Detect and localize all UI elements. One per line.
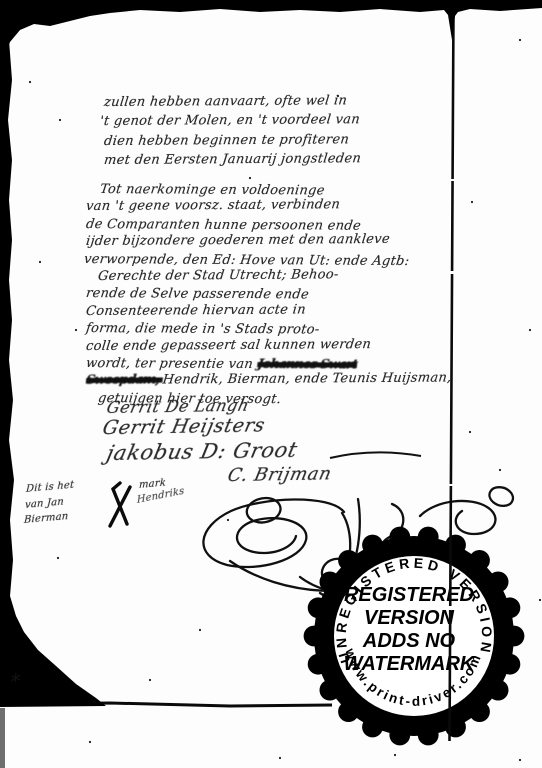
stamp-center-line: ADDS NO bbox=[362, 630, 456, 652]
stamp-center-line: WATERMARK bbox=[344, 653, 476, 675]
speckle bbox=[469, 431, 471, 433]
stamp-center-line: REGISTERED bbox=[344, 584, 474, 606]
scan-edge-strip bbox=[0, 708, 5, 768]
signature-x-mark-icon bbox=[110, 483, 130, 526]
speckle bbox=[75, 329, 77, 331]
signature-flourish-stroke bbox=[330, 452, 421, 458]
speckle bbox=[29, 81, 31, 83]
speckle bbox=[39, 261, 41, 263]
stamp-center-line: VERSION bbox=[364, 607, 455, 629]
speckle bbox=[394, 754, 396, 756]
speckle bbox=[57, 557, 59, 559]
scan-overlay: UNREGISTERED VERSION www.print-driver.co… bbox=[0, 0, 542, 768]
speckle bbox=[89, 741, 91, 743]
speckle bbox=[337, 95, 339, 97]
scanned-document-page: zullen hebben aanvaart, ofte wel in 't g… bbox=[0, 0, 542, 768]
speckle bbox=[499, 469, 501, 471]
speckle bbox=[519, 759, 521, 761]
speckle bbox=[519, 39, 521, 41]
speckle bbox=[227, 519, 229, 521]
scan-border-top bbox=[0, 0, 542, 64]
speckle bbox=[539, 599, 541, 601]
speckle bbox=[149, 679, 151, 681]
speckle bbox=[529, 329, 531, 331]
speckle bbox=[471, 201, 473, 203]
scan-border-left bbox=[0, 0, 106, 707]
speckle bbox=[199, 629, 201, 631]
speckle bbox=[249, 177, 251, 179]
speckle bbox=[279, 757, 281, 759]
speckle bbox=[59, 119, 61, 121]
